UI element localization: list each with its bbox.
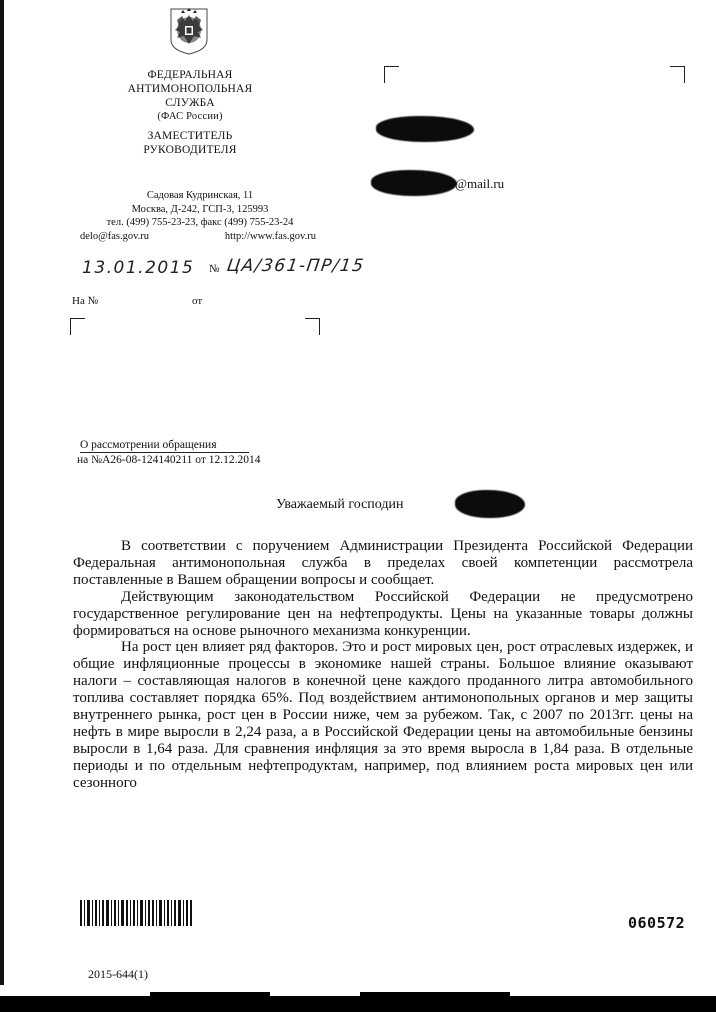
reply-to-label: На №: [72, 295, 98, 307]
body-paragraph: Действующим законодательством Российской…: [73, 589, 693, 640]
subject-title: О рассмотрении обращения: [80, 438, 249, 453]
greeting-text: Уважаемый господин: [276, 497, 403, 512]
street-address: Садовая Кудринская, 11: [80, 189, 320, 203]
address-block: Садовая Кудринская, 11 Москва, Д-242, ГС…: [80, 189, 320, 243]
subject-block: О рассмотрении обращения на №А26-08-1241…: [80, 438, 261, 467]
position-line: РУКОВОДИТЕЛЯ: [110, 143, 270, 157]
organization-header: ФЕДЕРАЛЬНАЯ АНТИМОНОПОЛЬНАЯ СЛУЖБА (ФАС …: [110, 68, 270, 157]
address-corner-mark-top-left: [384, 66, 399, 83]
body-paragraph: На рост цен влияет ряд факторов. Это и р…: [73, 639, 693, 791]
redacted-addressee-name: [455, 490, 525, 518]
position-line: ЗАМЕСТИТЕЛЬ: [110, 129, 270, 143]
barcode-icon: [80, 900, 194, 926]
number-label: №: [209, 263, 220, 275]
org-name-line: СЛУЖБА: [110, 96, 270, 110]
city-address: Москва, Д-242, ГСП-3, 125993: [80, 203, 320, 217]
document-code: 060572: [628, 914, 685, 932]
org-short-name: (ФАС России): [110, 110, 270, 124]
subject-reference: на №А26-08-124140211 от 12.12.2014: [77, 453, 261, 467]
scan-edge-left: [0, 0, 4, 985]
org-name-line: ФЕДЕРАЛЬНАЯ: [110, 68, 270, 82]
registration-number: 2015-644(1): [88, 967, 148, 982]
redacted-recipient-email: [371, 170, 457, 196]
handwritten-outgoing-number: ЦА/361-ПР/15: [226, 256, 366, 276]
org-name-line: АНТИМОНОПОЛЬНАЯ: [110, 82, 270, 96]
corner-mark-top-left: [70, 318, 85, 335]
recipient-email-domain: @mail.ru: [455, 176, 504, 192]
letter-body: В соответствии с поручением Администраци…: [73, 538, 693, 792]
redacted-recipient-name: [376, 116, 474, 142]
from-label: от: [192, 295, 202, 307]
corner-mark-top-right: [305, 318, 320, 335]
handwritten-date: 13.01.2015: [82, 258, 194, 278]
address-corner-mark-top-right: [670, 66, 685, 83]
greeting: Уважаемый господин: [276, 497, 403, 513]
russian-coat-of-arms-icon: [168, 6, 210, 56]
email-link[interactable]: delo@fas.gov.ru: [80, 230, 149, 244]
phone-fax: тел. (499) 755-23-23, факс (499) 755-23-…: [80, 216, 320, 230]
scan-edge-bottom: [0, 996, 716, 1012]
website-link[interactable]: http://www.fas.gov.ru: [225, 230, 316, 244]
body-paragraph: В соответствии с поручением Администраци…: [73, 538, 693, 589]
